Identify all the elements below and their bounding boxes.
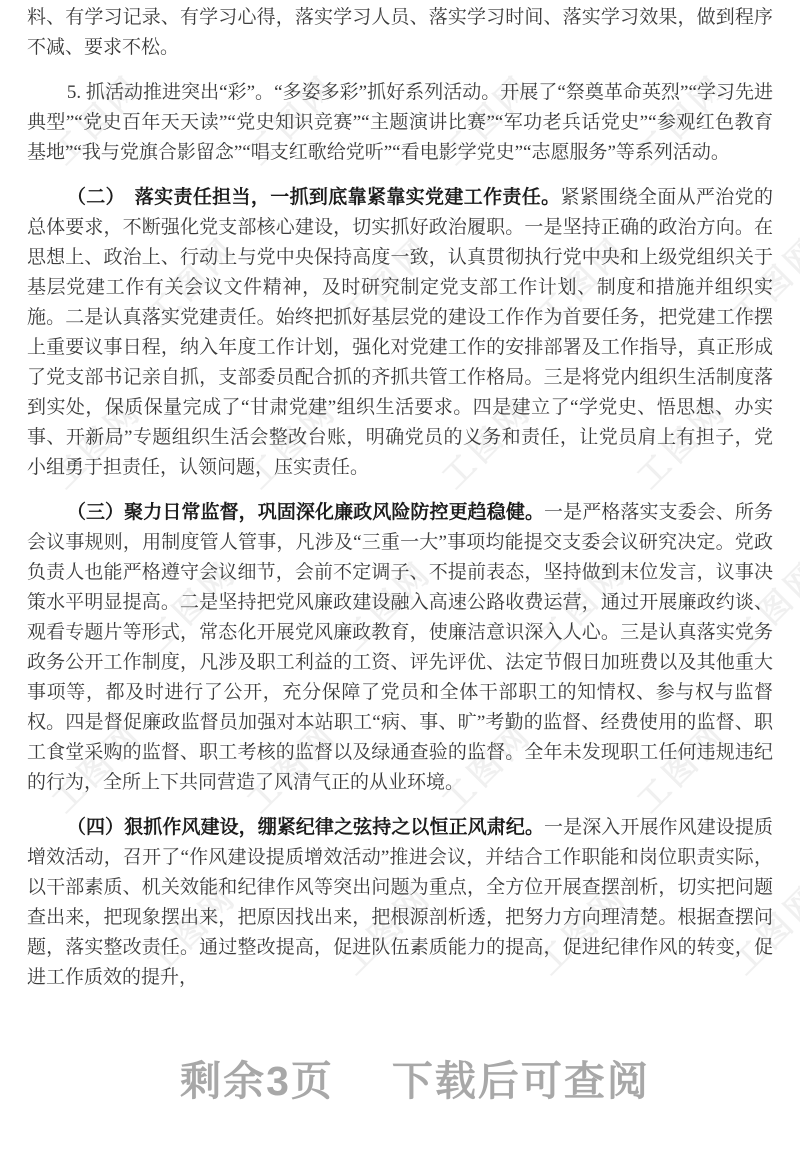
paragraph-item-5: 5. 抓活动推进突出“彩”。“多姿多彩”抓好系列活动。开展了“祭奠革命英烈”“学… [27, 78, 773, 168]
download-hint-text: 下载后可查阅 [392, 1058, 650, 1104]
remaining-pages-banner: 剩余3页下载后可查阅 [0, 1048, 800, 1107]
document-content: 料、有学习记录、有学习心得，落实学习人员、落实学习时间、落实学习效果，做到程序不… [0, 0, 800, 993]
document-preview-page: 工图网工图网工图网工图网工图网工图网工图网工图网工图网工图网工图网工图网工图网工… [0, 0, 800, 1160]
paragraph-body: 料、有学习记录、有学习心得，落实学习人员、落实学习时间、落实学习效果，做到程序不… [27, 7, 773, 58]
paragraph-body: 5. 抓活动推进突出“彩”。“多姿多彩”抓好系列活动。开展了“祭奠革命英烈”“学… [27, 82, 773, 163]
section-2-heading: （二） 落实责任担当，一抓到底靠紧靠实党建工作责任。 [67, 187, 561, 208]
paragraph-body: 紧紧围绕全面从严治党的总体要求，不断强化党支部核心建设，切实抓好政治履职。一是坚… [27, 187, 773, 478]
paragraph-section-4: （四）狠抓作风建设，绷紧纪律之弦持之以恒正风肃纪。一是深入开展作风建设提质增效活… [27, 813, 773, 993]
pages-remaining-text: 剩余3页 [180, 1058, 334, 1104]
paragraph-section-3: （三）聚力日常监督，巩固深化廉政风险防控更趋稳健。一是严格落实支委会、所务会议事… [27, 498, 773, 798]
paragraph-body: 一是严格落实支委会、所务会议事规则，用制度管人管事，凡涉及“三重一大”事项均能提… [27, 502, 773, 793]
paragraph-continuation: 料、有学习记录、有学习心得，落实学习人员、落实学习时间、落实学习效果，做到程序不… [27, 3, 773, 63]
section-4-heading: （四）狠抓作风建设，绷紧纪律之弦持之以恒正风肃纪。 [67, 817, 544, 838]
paragraph-section-2: （二） 落实责任担当，一抓到底靠紧靠实党建工作责任。紧紧围绕全面从严治党的总体要… [27, 183, 773, 483]
paragraph-body: 一是深入开展作风建设提质增效活动，召开了“作风建设提质增效活动”推进会议，并结合… [27, 817, 773, 988]
section-3-heading: （三）聚力日常监督，巩固深化廉政风险防控更趋稳健。 [67, 502, 544, 523]
